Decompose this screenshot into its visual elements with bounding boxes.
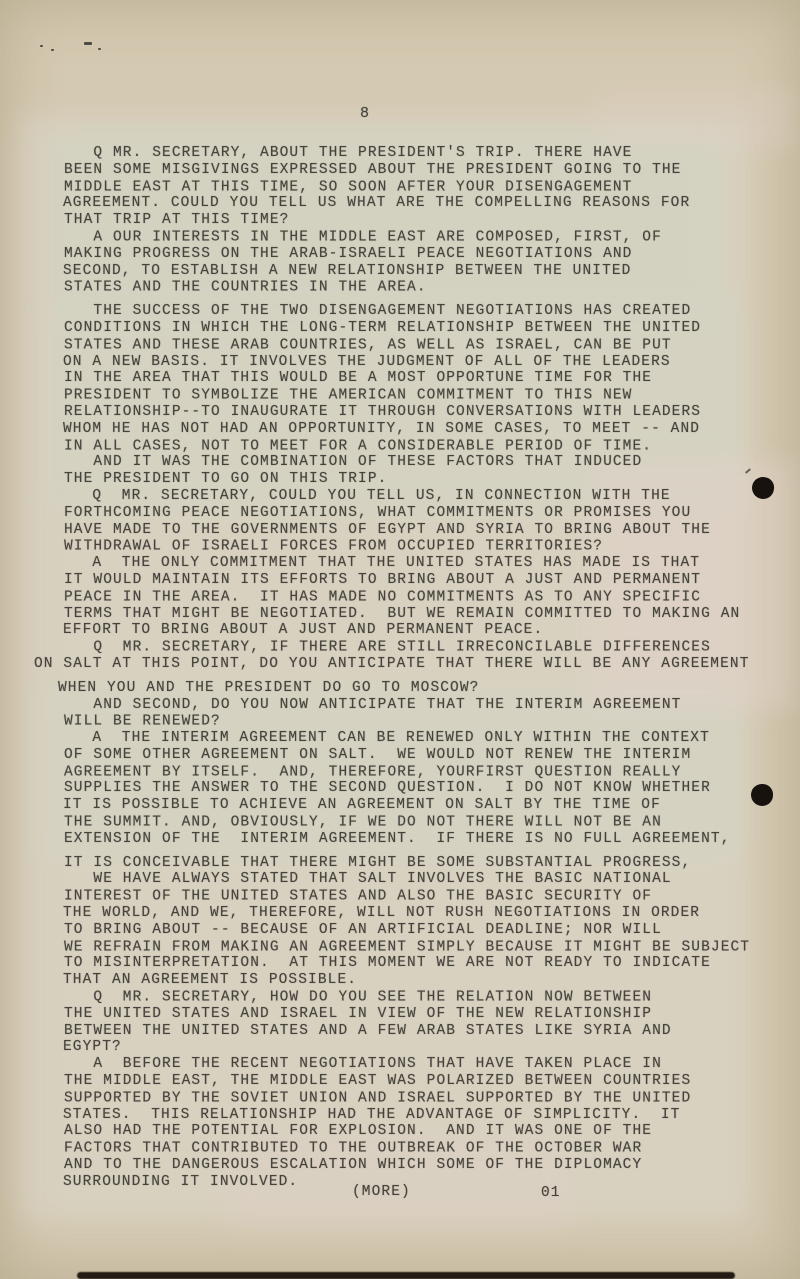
scan-edge-bar (77, 1272, 735, 1279)
transcript-line: ON SALT AT THIS POINT, DO YOU ANTICIPATE… (34, 656, 784, 673)
ink-speck (40, 45, 43, 47)
transcript-line: THE UNITED STATES AND ISRAEL IN VIEW OF … (64, 1006, 784, 1023)
transcript-line: FACTORS THAT CONTRIBUTED TO THE OUTBREAK… (64, 1141, 784, 1158)
footer-page-code: 01 (541, 1185, 561, 1201)
transcript-line: WILL BE RENEWED? (64, 714, 784, 731)
transcript-line: STATES AND THE COUNTRIES IN THE AREA. (64, 280, 784, 297)
footer-more-label: (MORE) (352, 1184, 411, 1200)
ink-speck (51, 49, 54, 51)
transcript-line: IT WOULD MAINTAIN ITS EFFORTS TO BRING A… (64, 572, 784, 589)
transcript-line: AND IT WAS THE COMBINATION OF THESE FACT… (64, 454, 784, 471)
transcript-line: Q MR. SECRETARY, COULD YOU TELL US, IN C… (63, 488, 783, 505)
ink-speck (98, 48, 101, 50)
transcript-line: WHOM HE HAS NOT HAD AN OPPORTUNITY, IN S… (63, 421, 783, 438)
transcript-line: SUPPORTED BY THE SOVIET UNION AND ISRAEL… (64, 1090, 784, 1107)
transcript-line: EXTENSION OF THE INTERIM AGREEMENT. IF T… (64, 831, 784, 848)
transcript-line: WE REFRAIN FROM MAKING AN AGREEMENT SIMP… (64, 939, 784, 956)
transcript-line: AGREEMENT. COULD YOU TELL US WHAT ARE TH… (63, 195, 783, 212)
transcript-line: THE SUCCESS OF THE TWO DISENGAGEMENT NEG… (64, 303, 784, 320)
transcript-line: A OUR INTERESTS IN THE MIDDLE EAST ARE C… (64, 229, 784, 246)
transcript-line: THAT AN AGREEMENT IS POSSIBLE. (63, 972, 783, 989)
transcript-line: THE WORLD, AND WE, THEREFORE, WILL NOT R… (63, 905, 783, 922)
transcript-line: ALSO HAD THE POTENTIAL FOR EXPLOSION. AN… (64, 1123, 784, 1140)
transcript-line: IN ALL CASES, NOT TO MEET FOR A CONSIDER… (64, 438, 784, 455)
ink-speck (84, 42, 92, 45)
transcript-line: Q MR. SECRETARY, ABOUT THE PRESIDENT'S T… (64, 145, 784, 162)
transcript-line: SUPPLIES THE ANSWER TO THE SECOND QUESTI… (64, 780, 784, 797)
transcript-line: PRESIDENT TO SYMBOLIZE THE AMERICAN COMM… (64, 388, 784, 405)
transcript-line: IT IS POSSIBLE TO ACHIEVE AN AGREEMENT O… (63, 797, 783, 814)
transcript-line: WHEN YOU AND THE PRESIDENT DO GO TO MOSC… (58, 680, 784, 697)
transcript-line: AND SECOND, DO YOU NOW ANTICIPATE THAT T… (64, 697, 784, 714)
transcript-line: AND TO THE DANGEROUS ESCALATION WHICH SO… (64, 1157, 784, 1174)
transcript-line: IT IS CONCEIVABLE THAT THERE MIGHT BE SO… (64, 855, 784, 872)
transcript-line: FORTHCOMING PEACE NEGOTIATIONS, WHAT COM… (64, 505, 784, 522)
transcript-line: BETWEEN THE UNITED STATES AND A FEW ARAB… (64, 1023, 784, 1040)
transcript-line: EGYPT? (63, 1039, 783, 1056)
transcript-line: RELATIONSHIP--TO INAUGURATE IT THROUGH C… (64, 404, 784, 421)
page-number: 8 (354, 105, 376, 122)
transcript-line: SURROUNDING IT INVOLVED. (63, 1174, 783, 1191)
transcript-line: STATES AND THESE ARAB COUNTRIES, AS WELL… (64, 337, 784, 354)
transcript-line: TERMS THAT MIGHT BE NEGOTIATED. BUT WE R… (64, 606, 784, 623)
transcript-line: THE PRESIDENT TO GO ON THIS TRIP. (64, 471, 784, 488)
transcript: Q MR. SECRETARY, ABOUT THE PRESIDENT'S T… (64, 145, 784, 1191)
transcript-line: THE MIDDLE EAST, THE MIDDLE EAST WAS POL… (64, 1073, 784, 1090)
transcript-line: CONDITIONS IN WHICH THE LONG-TERM RELATI… (64, 320, 784, 337)
transcript-line: A THE ONLY COMMITMENT THAT THE UNITED ST… (63, 555, 783, 572)
transcript-line: IN THE AREA THAT THIS WOULD BE A MOST OP… (64, 370, 784, 387)
paragraph-block: Q MR. SECRETARY, ABOUT THE PRESIDENT'S T… (64, 145, 784, 296)
transcript-line: THE SUMMIT. AND, OBVIOUSLY, IF WE DO NOT… (64, 814, 784, 831)
transcript-line: TO BRING ABOUT -- BECAUSE OF AN ARTIFICI… (64, 922, 784, 939)
transcript-line: STATES. THIS RELATIONSHIP HAD THE ADVANT… (63, 1107, 783, 1124)
transcript-line: AGREEMENT BY ITSELF. AND, THEREFORE, YOU… (64, 764, 784, 781)
transcript-line: PEACE IN THE AREA. IT HAS MADE NO COMMIT… (64, 589, 784, 606)
transcript-line: INTEREST OF THE UNITED STATES AND ALSO T… (64, 889, 784, 906)
transcript-line: EFFORT TO BRING ABOUT A JUST AND PERMANE… (63, 622, 783, 639)
transcript-line: WE HAVE ALWAYS STATED THAT SALT INVOLVES… (64, 871, 784, 888)
paragraph-block: IT IS CONCEIVABLE THAT THERE MIGHT BE SO… (64, 855, 784, 1191)
scan-tint-pink (600, 88, 795, 150)
transcript-line: Q MR. SECRETARY, IF THERE ARE STILL IRRE… (64, 640, 784, 657)
transcript-line: BEEN SOME MISGIVINGS EXPRESSED ABOUT THE… (64, 162, 784, 179)
transcript-line: Q MR. SECRETARY, HOW DO YOU SEE THE RELA… (64, 989, 784, 1006)
transcript-line: A THE INTERIM AGREEMENT CAN BE RENEWED O… (63, 730, 783, 747)
transcript-line: A BEFORE THE RECENT NEGOTIATIONS THAT HA… (64, 1056, 784, 1073)
transcript-line: ON A NEW BASIS. IT INVOLVES THE JUDGMENT… (63, 354, 783, 371)
transcript-line: MAKING PROGRESS ON THE ARAB-ISRAELI PEAC… (64, 246, 784, 263)
transcript-line: OF SOME OTHER AGREEMENT ON SALT. WE WOUL… (64, 747, 784, 764)
paragraph-block: WHEN YOU AND THE PRESIDENT DO GO TO MOSC… (64, 680, 784, 848)
transcript-line: WITHDRAWAL OF ISRAELI FORCES FROM OCCUPI… (64, 539, 784, 556)
transcript-line: HAVE MADE TO THE GOVERNMENTS OF EGYPT AN… (64, 522, 784, 539)
hole-punch-bottom (751, 784, 773, 806)
transcript-line: SECOND, TO ESTABLISH A NEW RELATIONSHIP … (63, 263, 783, 280)
transcript-line: TO MISINTERPRETATION. AT THIS MOMENT WE … (64, 955, 784, 972)
paragraph-block: THE SUCCESS OF THE TWO DISENGAGEMENT NEG… (64, 303, 784, 673)
transcript-line: THAT TRIP AT THIS TIME? (64, 212, 784, 229)
scanned-transcript-page: 8 Q MR. SECRETARY, ABOUT THE PRESIDENT'S… (0, 0, 800, 1279)
transcript-line: MIDDLE EAST AT THIS TIME, SO SOON AFTER … (64, 179, 784, 196)
